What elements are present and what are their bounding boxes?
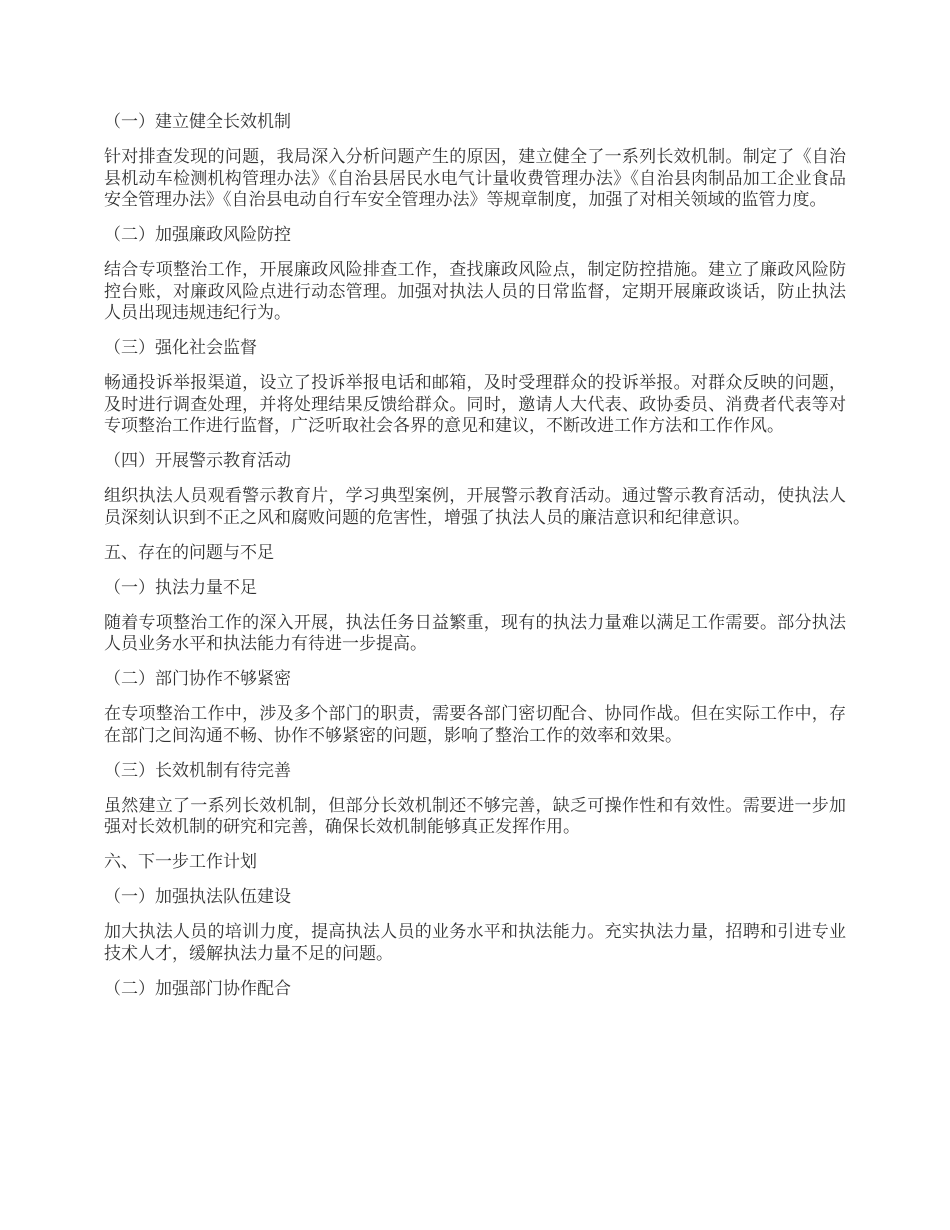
subsection-heading-mechanism-improve: （三）长效机制有待完善 [104,760,846,782]
subsection-heading-insufficient-force: （一）执法力量不足 [104,577,846,599]
section-heading-problems: 五、存在的问题与不足 [104,542,846,564]
paragraph-integrity-risk: 结合专项整治工作，开展廉政风险排查工作，查找廉政风险点，制定防控措施。建立了廉政… [104,259,846,324]
subsection-heading-loose-cooperation: （二）部门协作不够紧密 [104,668,846,690]
subsection-heading-establish-mechanisms: （一）建立健全长效机制 [104,111,846,133]
paragraph-insufficient-force: 随着专项整治工作的深入开展，执法任务日益繁重，现有的执法力量难以满足工作需要。部… [104,612,846,655]
paragraph-mechanism-improve: 虽然建立了一系列长效机制，但部分长效机制还不够完善，缺乏可操作性和有效性。需要进… [104,795,846,838]
paragraph-social-supervision: 畅通投诉举报渠道，设立了投诉举报电话和邮箱，及时受理群众的投诉举报。对群众反映的… [104,372,846,437]
subsection-heading-integrity-risk: （二）加强廉政风险防控 [104,224,846,246]
subsection-heading-team-building: （一）加强执法队伍建设 [104,886,846,908]
subsection-heading-social-supervision: （三）强化社会监督 [104,337,846,359]
subsection-heading-dept-cooperation: （二）加强部门协作配合 [104,978,846,1000]
subsection-heading-warning-education: （四）开展警示教育活动 [104,450,846,472]
section-heading-next-plan: 六、下一步工作计划 [104,851,846,873]
paragraph-establish-mechanisms: 针对排查发现的问题，我局深入分析问题产生的原因，建立健全了一系列长效机制。制定了… [104,146,846,211]
document-page: （一）建立健全长效机制 针对排查发现的问题，我局深入分析问题产生的原因，建立健全… [0,0,950,1230]
paragraph-loose-cooperation: 在专项整治工作中，涉及多个部门的职责，需要各部门密切配合、协同作战。但在实际工作… [104,703,846,746]
paragraph-warning-education: 组织执法人员观看警示教育片，学习典型案例，开展警示教育活动。通过警示教育活动，使… [104,485,846,528]
paragraph-team-building: 加大执法人员的培训力度，提高执法人员的业务水平和执法能力。充实执法力量，招聘和引… [104,921,846,964]
